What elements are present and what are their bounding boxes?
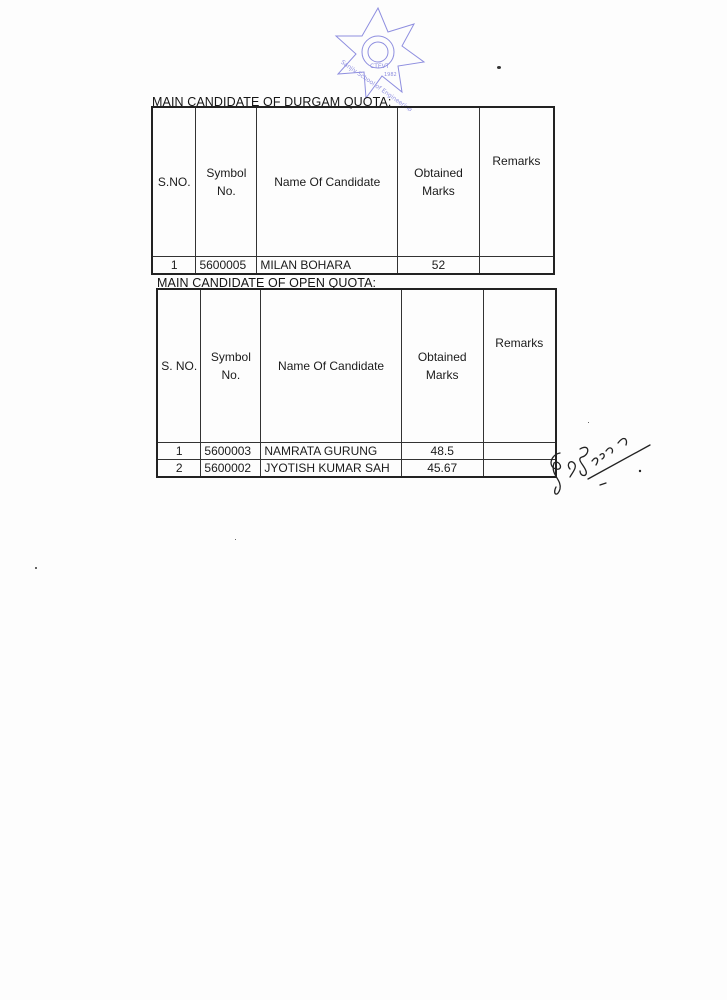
- cell-symbol: 5600002: [201, 460, 261, 478]
- cell-marks: 45.67: [401, 460, 483, 478]
- table-row: 1 5600005 MILAN BOHARA 52: [152, 257, 554, 275]
- cell-sno: 1: [152, 257, 196, 275]
- cell-marks: 52: [398, 257, 480, 275]
- cell-remarks: [479, 257, 554, 275]
- header-marks: ObtainedMarks: [401, 289, 483, 443]
- table-header-row: S. NO. SymbolNo. Name Of Candidate Obtai…: [157, 289, 556, 443]
- stamp-center-text: CTEVT: [370, 63, 390, 70]
- stamp-year: 1982: [384, 72, 397, 78]
- header-name: Name Of Candidate: [261, 289, 401, 443]
- header-name: Name Of Candidate: [257, 107, 398, 257]
- table-header-row: S.NO. SymbolNo. Name Of Candidate Obtain…: [152, 107, 554, 257]
- table-row: 1 5600003 NAMRATA GURUNG 48.5: [157, 443, 556, 460]
- header-sno: S.NO.: [152, 107, 196, 257]
- cell-symbol: 5600005: [196, 257, 257, 275]
- header-symbol: SymbolNo.: [201, 289, 261, 443]
- table-row: 2 5600002 JYOTISH KUMAR SAH 45.67: [157, 460, 556, 478]
- header-remarks: Remarks: [483, 289, 556, 443]
- cell-sno: 2: [157, 460, 201, 478]
- header-symbol: SymbolNo.: [196, 107, 257, 257]
- scan-speck: [497, 66, 501, 69]
- cell-marks: 48.5: [401, 443, 483, 460]
- cell-name: NAMRATA GURUNG: [261, 443, 401, 460]
- header-remarks: Remarks: [479, 107, 554, 257]
- header-marks: ObtainedMarks: [398, 107, 480, 257]
- cell-name: MILAN BOHARA: [257, 257, 398, 275]
- cell-symbol: 5600003: [201, 443, 261, 460]
- durgam-quota-table: S.NO. SymbolNo. Name Of Candidate Obtain…: [151, 106, 555, 275]
- cell-name: JYOTISH KUMAR SAH: [261, 460, 401, 478]
- scan-speck: [35, 567, 37, 569]
- open-quota-table: S. NO. SymbolNo. Name Of Candidate Obtai…: [156, 288, 557, 478]
- scan-speck: [235, 539, 236, 540]
- signature-icon: [540, 425, 660, 505]
- header-sno: S. NO.: [157, 289, 201, 443]
- cell-sno: 1: [157, 443, 201, 460]
- scan-speck: [588, 422, 589, 423]
